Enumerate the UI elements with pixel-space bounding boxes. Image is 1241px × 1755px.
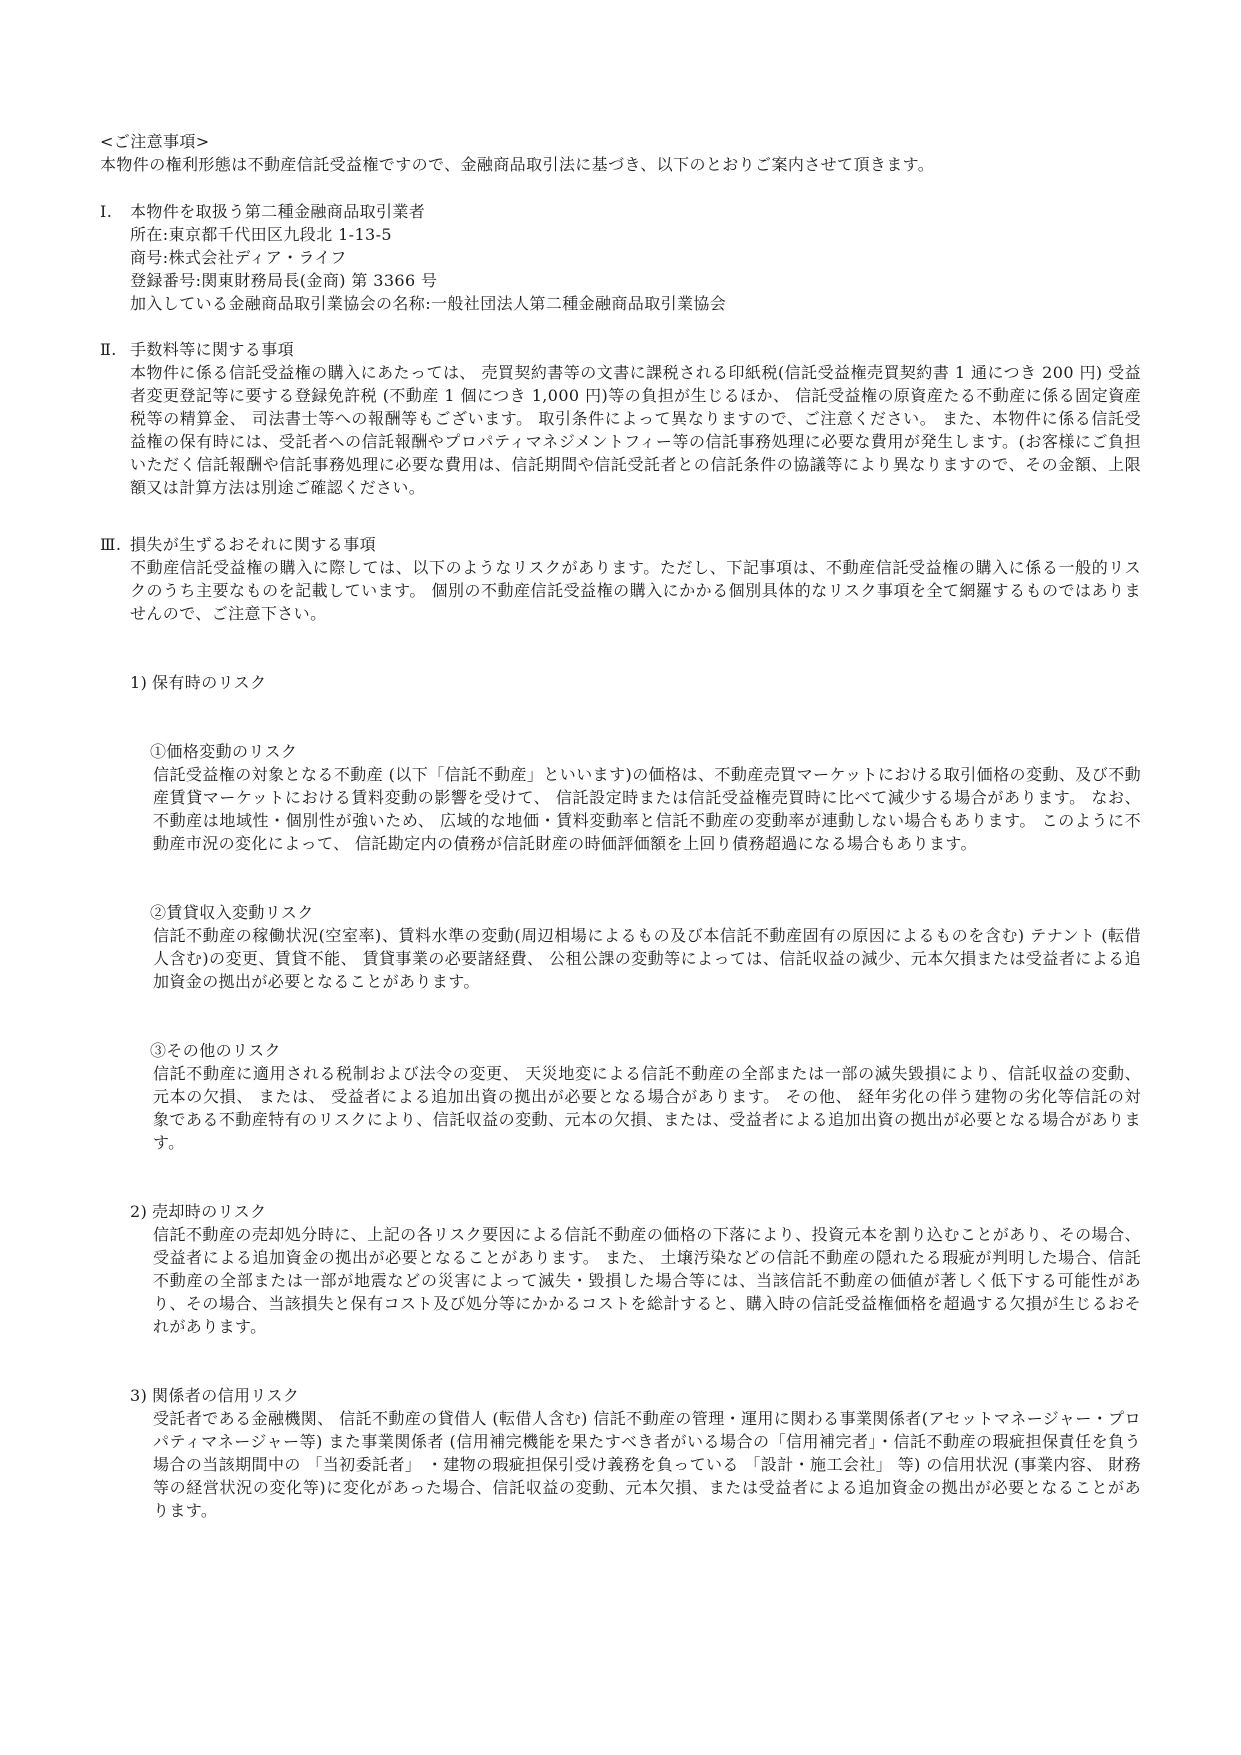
section-loss-risk-heading: Ⅲ. 損失が生ずるおそれに関する事項 [100, 533, 1141, 556]
risk-item-sale-heading: 2) 売却時のリスク [130, 1200, 1141, 1223]
risk-item-credit-label: 3) [130, 1384, 152, 1407]
risk-sub-other: ③その他のリスク 信託不動産に適用される税制および法令の変更、 天災地変による信… [150, 1039, 1141, 1154]
risk-sub-rental-income-heading: ②賃貸収入変動リスク [150, 901, 1141, 924]
section-loss-risk-content: 不動産信託受益権の購入に際しては、以下のようなリスクがあります。ただし、下記事項… [100, 556, 1141, 1522]
dealer-address-line: 所在:東京都千代田区九段北 1-13-5 [130, 223, 1141, 246]
section-loss-risk-title: 損失が生ずるおそれに関する事項 [130, 533, 376, 556]
section-dealer-heading: Ⅰ. 本物件を取扱う第二種金融商品取引業者 [100, 200, 1141, 223]
section-loss-risk: Ⅲ. 損失が生ずるおそれに関する事項 不動産信託受益権の購入に際しては、以下のよ… [100, 533, 1141, 1522]
risk-sub-price-fluctuation-body: 信託受益権の対象となる不動産 (以下「信託不動産」といいます)の価格は、不動産売… [153, 763, 1141, 855]
section-dealer-info: Ⅰ. 本物件を取扱う第二種金融商品取引業者 所在:東京都千代田区九段北 1-13… [100, 200, 1141, 315]
risk-item-sale: 2) 売却時のリスク 信託不動産の売却処分時に、上記の各リスク要因による信託不動… [130, 1200, 1141, 1338]
risk-sub-rental-income: ②賃貸収入変動リスク 信託不動産の稼働状況(空室率)、賃料水準の変動(周辺相場に… [150, 901, 1141, 993]
risk-sub-other-body: 信託不動産に適用される税制および法令の変更、 天災地変による信託不動産の全部また… [153, 1062, 1141, 1154]
section-dealer-title: 本物件を取扱う第二種金融商品取引業者 [130, 200, 425, 223]
section-fees: Ⅱ. 手数料等に関する事項 本物件に係る信託受益権の購入にあたっては、 売買契約… [100, 338, 1141, 499]
section-fees-body: 本物件に係る信託受益権の購入にあたっては、 売買契約書等の文書に課税される印紙税… [130, 361, 1141, 499]
risk-item-sale-body: 信託不動産の売却処分時に、上記の各リスク要因による信託不動産の価格の下落により、… [153, 1223, 1141, 1338]
risk-sub-rental-income-body: 信託不動産の稼働状況(空室率)、賃料水準の変動(周辺相場によるもの及び本信託不動… [153, 924, 1141, 993]
risk-sub-price-fluctuation: ①価格変動のリスク 信託受益権の対象となる不動産 (以下「信託不動産」といいます… [150, 740, 1141, 855]
section-loss-risk-body: 不動産信託受益権の購入に際しては、以下のようなリスクがあります。ただし、下記事項… [130, 556, 1141, 625]
section-fees-label: Ⅱ. [100, 338, 130, 361]
section-dealer-body: 所在:東京都千代田区九段北 1-13-5 商号:株式会社ディア・ライフ 登録番号… [100, 223, 1141, 315]
section-fees-title: 手数料等に関する事項 [130, 338, 294, 361]
risk-item-holding: 1) 保有時のリスク ①価格変動のリスク 信託受益権の対象となる不動産 (以下「… [130, 671, 1141, 1154]
section-fees-heading: Ⅱ. 手数料等に関する事項 [100, 338, 1141, 361]
dealer-association-line: 加入している金融商品取引業協会の名称:一般社団法人第二種金融商品取引業協会 [130, 292, 1141, 315]
dealer-registration-line: 登録番号:関東財務局長(金商) 第 3366 号 [130, 269, 1141, 292]
risk-item-sale-label: 2) [130, 1200, 152, 1223]
section-fees-body-wrap: 本物件に係る信託受益権の購入にあたっては、 売買契約書等の文書に課税される印紙税… [100, 361, 1141, 499]
section-loss-risk-label: Ⅲ. [100, 533, 130, 556]
notice-document-page: <ご注意事項> 本物件の権利形態は不動産信託受益権ですので、金融商品取引法に基づ… [0, 0, 1241, 1755]
document-intro: 本物件の権利形態は不動産信託受益権ですので、金融商品取引法に基づき、以下のとおり… [100, 153, 1141, 176]
risk-item-credit: 3) 関係者の信用リスク 受託者である金融機関、 信託不動産の貸借人 (転借人含… [130, 1384, 1141, 1522]
risk-item-credit-body: 受託者である金融機関、 信託不動産の貸借人 (転借人含む) 信託不動産の管理・運… [153, 1407, 1141, 1522]
risk-item-holding-heading: 1) 保有時のリスク [130, 671, 1141, 694]
risk-item-holding-label: 1) [130, 671, 152, 694]
section-dealer-label: Ⅰ. [100, 200, 130, 223]
dealer-company-line: 商号:株式会社ディア・ライフ [130, 246, 1141, 269]
risk-item-credit-heading: 3) 関係者の信用リスク [130, 1384, 1141, 1407]
document-title: <ご注意事項> [100, 130, 1141, 153]
risk-item-holding-title: 保有時のリスク [152, 671, 266, 694]
risk-item-credit-title: 関係者の信用リスク [152, 1384, 299, 1407]
risk-item-sale-title: 売却時のリスク [152, 1200, 266, 1223]
risk-sub-other-heading: ③その他のリスク [150, 1039, 1141, 1062]
document-content: <ご注意事項> 本物件の権利形態は不動産信託受益権ですので、金融商品取引法に基づ… [100, 130, 1141, 1522]
risk-sub-price-fluctuation-heading: ①価格変動のリスク [150, 740, 1141, 763]
